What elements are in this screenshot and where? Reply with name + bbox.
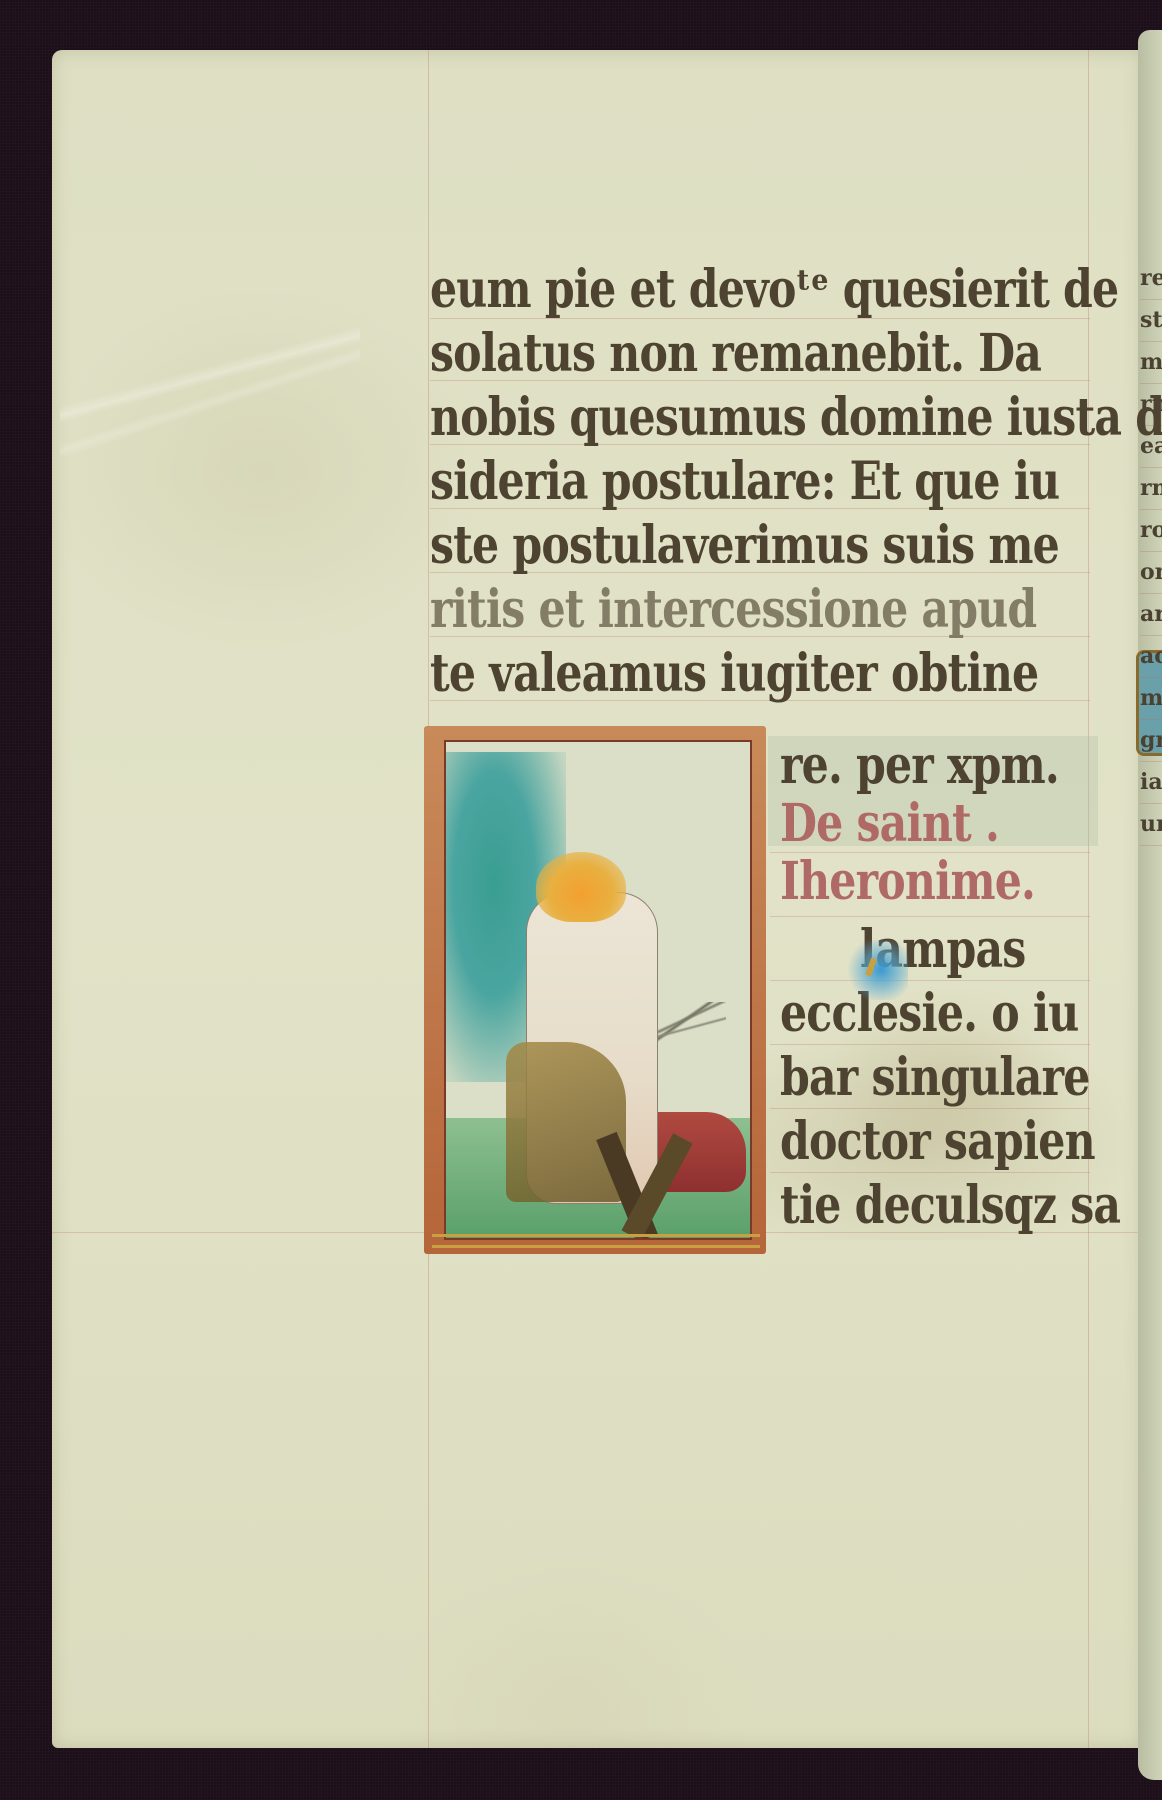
miniature-panel xyxy=(444,740,752,1240)
next-leaf-line: ac xyxy=(1140,636,1162,678)
text-line: ste postulaverimus suis me xyxy=(430,516,1059,576)
next-leaf-line: gra xyxy=(1140,720,1162,762)
rubric-line: De saint . xyxy=(780,794,999,854)
next-leaf-line: ian xyxy=(1140,762,1162,804)
text-line: solatus non remanebit. Da xyxy=(430,324,1041,384)
text-line: nobis quesumus domine iusta de xyxy=(430,388,1162,448)
decorated-initial xyxy=(848,940,908,1000)
next-leaf-line: onk xyxy=(1140,552,1162,594)
text-line: doctor sapien xyxy=(780,1112,1095,1172)
miniature-cloak xyxy=(506,1042,626,1202)
next-leaf-line: urde xyxy=(1140,804,1162,846)
next-leaf-line: re xyxy=(1140,258,1162,300)
text-line: ritis et intercessione apud xyxy=(430,580,1036,640)
next-leaf-line: ster xyxy=(1140,300,1162,342)
rubric-line: Iheronime. xyxy=(780,852,1035,912)
next-leaf-line: ro xyxy=(1140,510,1162,552)
text-line: re. per xpm. xyxy=(780,736,1059,796)
text-line: tie deculsqz sa xyxy=(780,1176,1120,1236)
next-leaf-line: rm xyxy=(1140,468,1162,510)
miniature-halo xyxy=(536,852,626,922)
text-line: sideria postulare: Et que iu xyxy=(430,452,1059,512)
ruling-line-horizontal xyxy=(770,916,1090,917)
next-leaf-line: mos xyxy=(1140,342,1162,384)
text-line: te valeamus iugiter obtine xyxy=(430,644,1038,704)
ruling-line-horizontal xyxy=(770,980,1090,981)
miniature-saint-jerome xyxy=(424,726,766,1254)
parchment-crease xyxy=(60,310,360,470)
next-leaf-line: mla xyxy=(1140,678,1162,720)
text-line: eum pie et devoᵗᵉ quesierit de xyxy=(430,260,1118,320)
miniature-gold-border xyxy=(432,1234,760,1248)
text-line: ecclesie. o iu xyxy=(780,984,1078,1044)
next-leaf-line: arm xyxy=(1140,594,1162,636)
text-line: bar singulare xyxy=(780,1048,1090,1108)
